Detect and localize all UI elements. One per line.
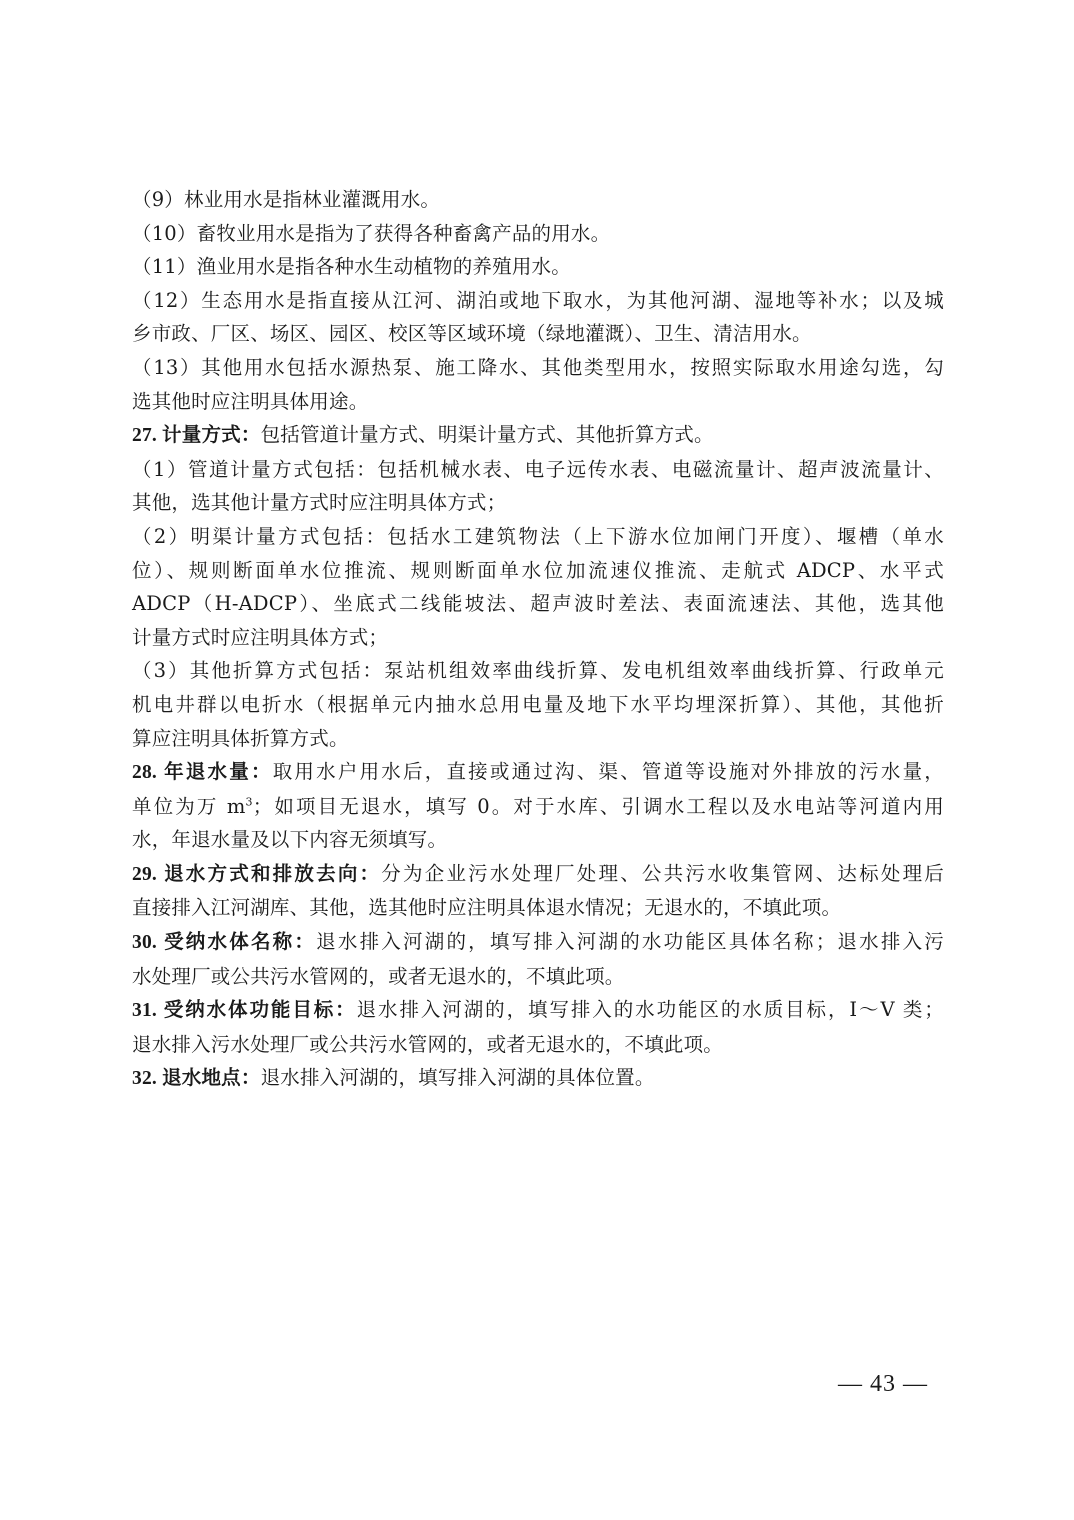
line-text: 乡市政、厂区、场区、园区、校区等区域环境（绿地灌溉）、卫生、清洁用水。 — [132, 322, 812, 345]
line-text: 选其他时应注明具体用途。 — [132, 390, 368, 413]
line-text: 位）、规则断面单水位推流、规则断面单水位加流速仪推流、走航式 ADCP、水平式 — [132, 559, 944, 582]
item-heading: 32. 退水地点： — [132, 1068, 261, 1089]
line-text: （2）明渠计量方式包括：包括水工建筑物法（上下游水位加闸门开度）、堰槽（单水 — [132, 525, 944, 548]
text-line: 直接排入江河湖库、其他，选其他时应注明具体退水情况；无退水的，不填此项。 — [132, 891, 944, 925]
text-line: 单位为万 m3；如项目无退水，填写 0。对于水库、引调水工程以及水电站等河道内用 — [132, 790, 944, 824]
line-text: 水处理厂或公共污水管网的，或者无退水的，不填此项。 — [132, 965, 625, 988]
text-line: （9）林业用水是指林业灌溉用水。 — [132, 183, 944, 217]
document-page: （9）林业用水是指林业灌溉用水。（10）畜牧业用水是指为了获得各种畜禽产品的用水… — [0, 0, 1074, 1520]
line-text: （12）生态用水是指直接从江河、湖泊或地下取水，为其他河湖、湿地等补水；以及城 — [132, 289, 944, 312]
text-line: 27. 计量方式：包括管道计量方式、明渠计量方式、其他折算方式。 — [132, 418, 944, 453]
text-line: （13）其他用水包括水源热泵、施工降水、其他类型用水，按照实际取水用途勾选，勾 — [132, 351, 944, 385]
text-line: （2）明渠计量方式包括：包括水工建筑物法（上下游水位加闸门开度）、堰槽（单水 — [132, 520, 944, 554]
text-line: （3）其他折算方式包括：泵站机组效率曲线折算、发电机组效率曲线折算、行政单元 — [132, 654, 944, 688]
line-text: 算应注明具体折算方式。 — [132, 727, 349, 750]
superscript: 3 — [246, 795, 253, 808]
item-heading: 30. 受纳水体名称： — [132, 932, 316, 953]
line-text: 直接排入江河湖库、其他，选其他时应注明具体退水情况；无退水的，不填此项。 — [132, 896, 841, 919]
text-line: 水处理厂或公共污水管网的，或者无退水的，不填此项。 — [132, 960, 944, 994]
line-text: 机电井群以电折水（根据单元内抽水总用电量及地下水平均埋深折算）、其他，其他折 — [132, 693, 944, 716]
text-line: 机电井群以电折水（根据单元内抽水总用电量及地下水平均埋深折算）、其他，其他折 — [132, 688, 944, 722]
line-text: （1）管道计量方式包括：包括机械水表、电子远传水表、电磁流量计、超声波流量计、 — [132, 458, 944, 481]
line-text: 分为企业污水处理厂处理、公共污水收集管网、达标处理后 — [381, 862, 944, 885]
item-heading: 31. 受纳水体功能目标： — [132, 1000, 357, 1021]
line-text: 包括管道计量方式、明渠计量方式、其他折算方式。 — [261, 423, 714, 446]
text-line: 其他，选其他计量方式时应注明具体方式； — [132, 486, 944, 520]
line-text: 单位为万 m — [132, 795, 246, 818]
text-line: 乡市政、厂区、场区、园区、校区等区域环境（绿地灌溉）、卫生、清洁用水。 — [132, 317, 944, 351]
line-text: 其他，选其他计量方式时应注明具体方式； — [132, 491, 506, 514]
item-heading: 29. 退水方式和排放去向： — [132, 864, 381, 885]
line-text: 退水排入污水处理厂或公共污水管网的，或者无退水的，不填此项。 — [132, 1033, 723, 1056]
line-text: 退水排入河湖的，填写排入河湖的水功能区具体名称；退水排入污 — [316, 930, 944, 953]
text-line: （10）畜牧业用水是指为了获得各种畜禽产品的用水。 — [132, 217, 944, 251]
line-text-continued: ；如项目无退水，填写 0。对于水库、引调水工程以及水电站等河道内用 — [253, 795, 944, 818]
text-line: 30. 受纳水体名称：退水排入河湖的，填写排入河湖的水功能区具体名称；退水排入污 — [132, 925, 944, 960]
text-line: 算应注明具体折算方式。 — [132, 722, 944, 756]
document-body: （9）林业用水是指林业灌溉用水。（10）畜牧业用水是指为了获得各种畜禽产品的用水… — [132, 183, 944, 1096]
item-heading: 27. 计量方式： — [132, 425, 261, 446]
line-text: （11）渔业用水是指各种水生动植物的养殖用水。 — [132, 255, 571, 278]
line-text: 计量方式时应注明具体方式； — [132, 626, 388, 649]
text-line: 退水排入污水处理厂或公共污水管网的，或者无退水的，不填此项。 — [132, 1028, 944, 1062]
line-text: （9）林业用水是指林业灌溉用水。 — [132, 188, 440, 211]
line-text: （3）其他折算方式包括：泵站机组效率曲线折算、发电机组效率曲线折算、行政单元 — [132, 659, 944, 682]
item-heading: 28. 年退水量： — [132, 762, 273, 783]
text-line: ADCP（H-ADCP）、坐底式二线能坡法、超声波时差法、表面流速法、其他，选其… — [132, 587, 944, 621]
line-text: 水，年退水量及以下内容无须填写。 — [132, 828, 447, 851]
text-line: 水，年退水量及以下内容无须填写。 — [132, 823, 944, 857]
line-text: ADCP（H-ADCP）、坐底式二线能坡法、超声波时差法、表面流速法、其他，选其… — [132, 592, 944, 615]
text-line: 31. 受纳水体功能目标：退水排入河湖的，填写排入的水功能区的水质目标，I～V … — [132, 993, 944, 1028]
text-line: 28. 年退水量：取用水户用水后，直接或通过沟、渠、管道等设施对外排放的污水量， — [132, 755, 944, 790]
line-text: （13）其他用水包括水源热泵、施工降水、其他类型用水，按照实际取水用途勾选，勾 — [132, 356, 944, 379]
text-line: 32. 退水地点：退水排入河湖的，填写排入河湖的具体位置。 — [132, 1061, 944, 1096]
text-line: 位）、规则断面单水位推流、规则断面单水位加流速仪推流、走航式 ADCP、水平式 — [132, 554, 944, 588]
line-text: 退水排入河湖的，填写排入河湖的具体位置。 — [261, 1066, 655, 1089]
line-text: 退水排入河湖的，填写排入的水功能区的水质目标，I～V 类； — [357, 998, 944, 1021]
text-line: 29. 退水方式和排放去向：分为企业污水处理厂处理、公共污水收集管网、达标处理后 — [132, 857, 944, 892]
text-line: （1）管道计量方式包括：包括机械水表、电子远传水表、电磁流量计、超声波流量计、 — [132, 453, 944, 487]
text-line: （11）渔业用水是指各种水生动植物的养殖用水。 — [132, 250, 944, 284]
text-line: 计量方式时应注明具体方式； — [132, 621, 944, 655]
page-number: — 43 — — [838, 1371, 928, 1398]
line-text: 取用水户用水后，直接或通过沟、渠、管道等设施对外排放的污水量， — [273, 760, 944, 783]
text-line: （12）生态用水是指直接从江河、湖泊或地下取水，为其他河湖、湿地等补水；以及城 — [132, 284, 944, 318]
text-line: 选其他时应注明具体用途。 — [132, 385, 944, 419]
line-text: （10）畜牧业用水是指为了获得各种畜禽产品的用水。 — [132, 222, 610, 245]
